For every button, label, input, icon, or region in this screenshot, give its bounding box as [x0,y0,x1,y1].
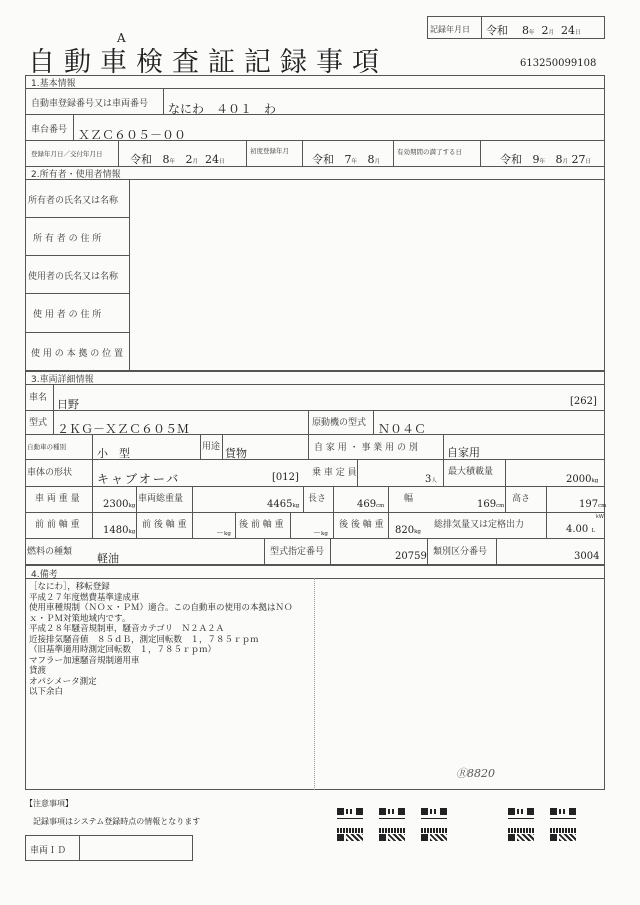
type-designation-label: 型式指定番号 [270,544,324,557]
private-business-label: 自 家 用 ・ 事 業 用 の 別 [314,440,418,453]
qr-code-icon [421,808,447,819]
fuel-type-label: 燃料の種類 [27,544,72,557]
front-rear-axle-label: 前 後 軸 重 [142,517,187,530]
qr-code-icon [550,808,576,819]
length-label: 長さ [308,491,326,504]
qr-code-icon [550,828,576,841]
chassis-number-label: 車台番号 [31,122,67,135]
category-number-value: 3004 [574,551,599,562]
document-title: 自動車検査証記録事項 [28,40,388,79]
registration-number-label: 自動車登録番号又は車両番号 [31,96,148,109]
use-label: 用途 [202,439,220,452]
body-shape-code: [012] [272,472,299,483]
qr-code-icon [379,808,405,819]
rear-rear-axle-label: 後 後 軸 重 [339,517,384,530]
vehicle-weight-value: 2300kg [103,499,135,510]
qr-code-icon [508,828,534,841]
remarks-line: （旧基準適用時測定回転数 １，７８５ｒｐｍ） [29,645,314,656]
front-rear-axle-value: －kg [216,527,231,538]
front-front-axle-value: 1480kg [103,525,135,536]
handwritten-stamp: Ⓡ8820 [456,765,495,781]
displacement-value: 4.00 L [566,524,595,535]
max-load-value: 2000kg [566,474,598,485]
qr-code-icon [508,808,534,819]
remarks-line: 平成２８年騒音規制車，騒音カテゴリ Ｎ２Ａ２Ａ [29,624,314,635]
rear-front-axle-label: 後 前 軸 重 [239,517,284,530]
remarks-line: マフラー加速騒音規制適用車 [29,656,314,667]
fuel-type-value: 軽油 [97,550,119,566]
gross-weight-value: 4465kg [267,499,299,510]
height-value: 197cm [579,499,606,510]
model-value: ２ＫＧ－ＸＺＣ６０５Ｍ [57,420,189,437]
notice-title: 【注意事項】 [25,798,73,809]
notice-text: 記録事項はシステム登録時点の情報となります [33,816,200,827]
length-value: 469cm [357,499,384,510]
vehicle-id-label: 車両ＩＤ [30,843,66,856]
remarks-line: オパシメータ測定 [29,677,314,688]
remarks-divider [314,578,315,790]
remarks-line: ｘ・ＰＭ対策地域内です。 [29,614,314,625]
remarks-line: 以下余白 [29,687,314,698]
height-label: 高さ [512,491,530,504]
first-registration-value: 令和 7年 8月 [312,151,380,167]
gross-weight-label: 車両総重量 [138,491,183,504]
displacement-label: 総排気量又は定格出力 [434,517,524,530]
body-shape-label: 車体の形状 [27,465,72,478]
max-load-label: 最大積載量 [448,464,493,477]
owner-address-label: 所 有 者 の 住 所 [33,231,101,244]
user-address-label: 使 用 者 の 住 所 [33,307,101,320]
rear-rear-axle-value: 820kg [395,525,421,536]
record-date-label: 記録年月日 [430,24,470,35]
registration-date-label: 登録年月日／交付年月日 [31,149,103,158]
car-name-value: 日野 [57,396,79,412]
base-location-label: 使 用 の 本 拠 の 位 置 [31,346,123,359]
qr-code-icon [337,808,363,819]
capacity-label: 乗 車 定 員 [312,465,357,478]
vehicle-kind-label: 自動車の種別 [27,442,66,451]
qr-code-icon [421,828,447,841]
remarks-line: 平成２７年度燃費基準達成車 [29,593,314,604]
qr-code-icon [379,828,405,841]
car-name-code: [262] [570,396,597,407]
user-name-label: 使用者の氏名又は名称 [28,269,118,282]
engine-model-label: 原動機の型式 [312,415,366,428]
remarks-notes: ［なにわ］，移転登録平成２７年度燃費基準達成車使用車種規制（ＮＯｘ・ＰＭ）適合。… [29,582,314,698]
expiry-date-label: 有効期間の満了する日 [397,147,462,156]
chassis-number-value: ＸＺＣ６０５－００ [78,126,186,143]
document-number: 613250099108 [520,58,596,69]
displacement-unit-kw: kW [596,514,604,520]
category-number-label: 類別区分番号 [433,544,487,557]
car-name-label: 車名 [29,390,47,403]
width-value: 169cm [477,499,504,510]
registration-number-value: なにわ ４０１ わ [168,100,276,117]
remarks-line: 使用車種規制（ＮＯｘ・ＰＭ）適合。この自動車の使用の本拠はＮＯ [29,603,314,614]
engine-model-value: Ｎ０４Ｃ [378,420,426,437]
vehicle-weight-label: 車 両 重 量 [35,491,80,504]
front-front-axle-label: 前 前 軸 重 [35,517,80,530]
vehicle-kind-value: 小 型 [97,445,130,461]
remarks-line: ［なにわ］，移転登録 [29,582,314,593]
remarks-line: 近接排気騒音値 ８５ｄＢ，測定回転数 １，７８５ｒｐｍ [29,635,314,646]
body-shape-value: キャブオーバ [97,470,180,487]
first-registration-label: 初度登録年月 [250,146,289,155]
use-value: 貨物 [225,445,247,461]
capacity-value: 3人 [425,474,437,485]
type-designation-value: 20759 [395,551,427,562]
record-date-value: 令和 8年 2月 24日 [486,22,581,38]
rear-front-axle-value: －kg [313,527,328,538]
owner-name-label: 所有者の氏名又は名称 [28,193,118,206]
remarks-line: 貸渡 [29,666,314,677]
private-business-value: 自家用 [447,444,480,460]
expiry-date-value: 令和 9年 8月 27日 [500,151,591,167]
width-label: 幅 [404,491,413,504]
model-label: 型式 [29,415,47,428]
qr-code-icon [337,828,363,841]
registration-date-value: 令和 8年 2月 24日 [130,151,225,167]
